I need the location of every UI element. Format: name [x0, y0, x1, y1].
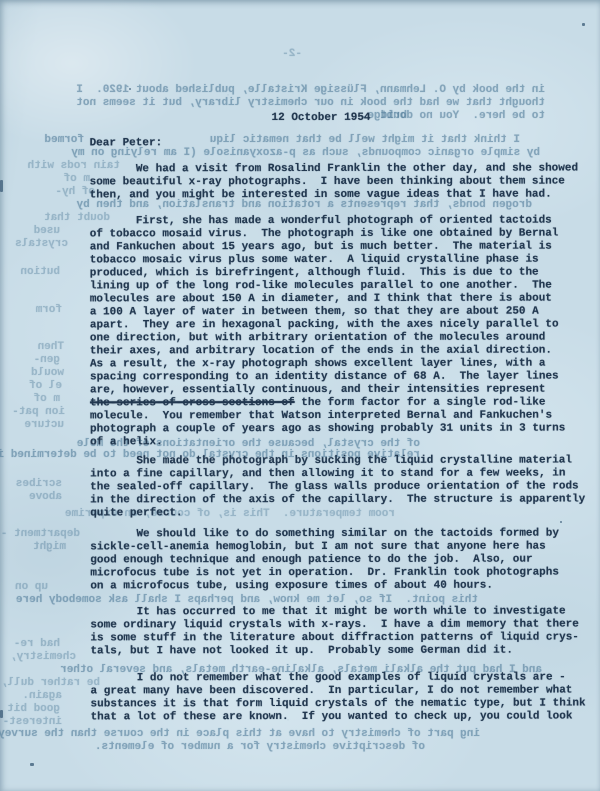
paper-speck: [0, 710, 3, 718]
paragraph-4: We should like to do something similar o…: [90, 528, 559, 594]
paragraph-3: She made the photograph by sucking the l…: [90, 455, 585, 521]
paper-speck: [582, 23, 585, 26]
paragraph-1: We had a visit from Rosalind Franklin th…: [90, 163, 579, 203]
paper-speck: [30, 763, 34, 766]
letter-date: 12 October 1954: [272, 112, 371, 125]
paragraph-6: I do not remember what the good examples…: [90, 672, 585, 725]
letter-body: 12 October 1954 Dear Peter: We had a vis…: [0, 0, 600, 791]
salutation: Dear Peter:: [90, 137, 163, 150]
paper-speck: [129, 88, 131, 90]
strikethrough-text: the-series-of-cross-sections-of: [90, 397, 295, 409]
paragraph-2-strike-line: the-series-of-cross-sections-of the form…: [90, 397, 546, 411]
paragraph-2a: First, she has made a wonderful photogra…: [90, 215, 559, 398]
strike-line-rest: the form factor for a single rod-like: [295, 397, 546, 409]
scanned-letter-page: -2- in the book by O. Lehmann, Flüssige …: [0, 0, 600, 791]
paper-speck: [560, 521, 562, 523]
paragraph-2b: molecule. You remember that Watson inter…: [90, 410, 565, 450]
paragraph-5: It has occurred to me that it might be w…: [90, 606, 579, 659]
paper-speck: [0, 180, 3, 192]
